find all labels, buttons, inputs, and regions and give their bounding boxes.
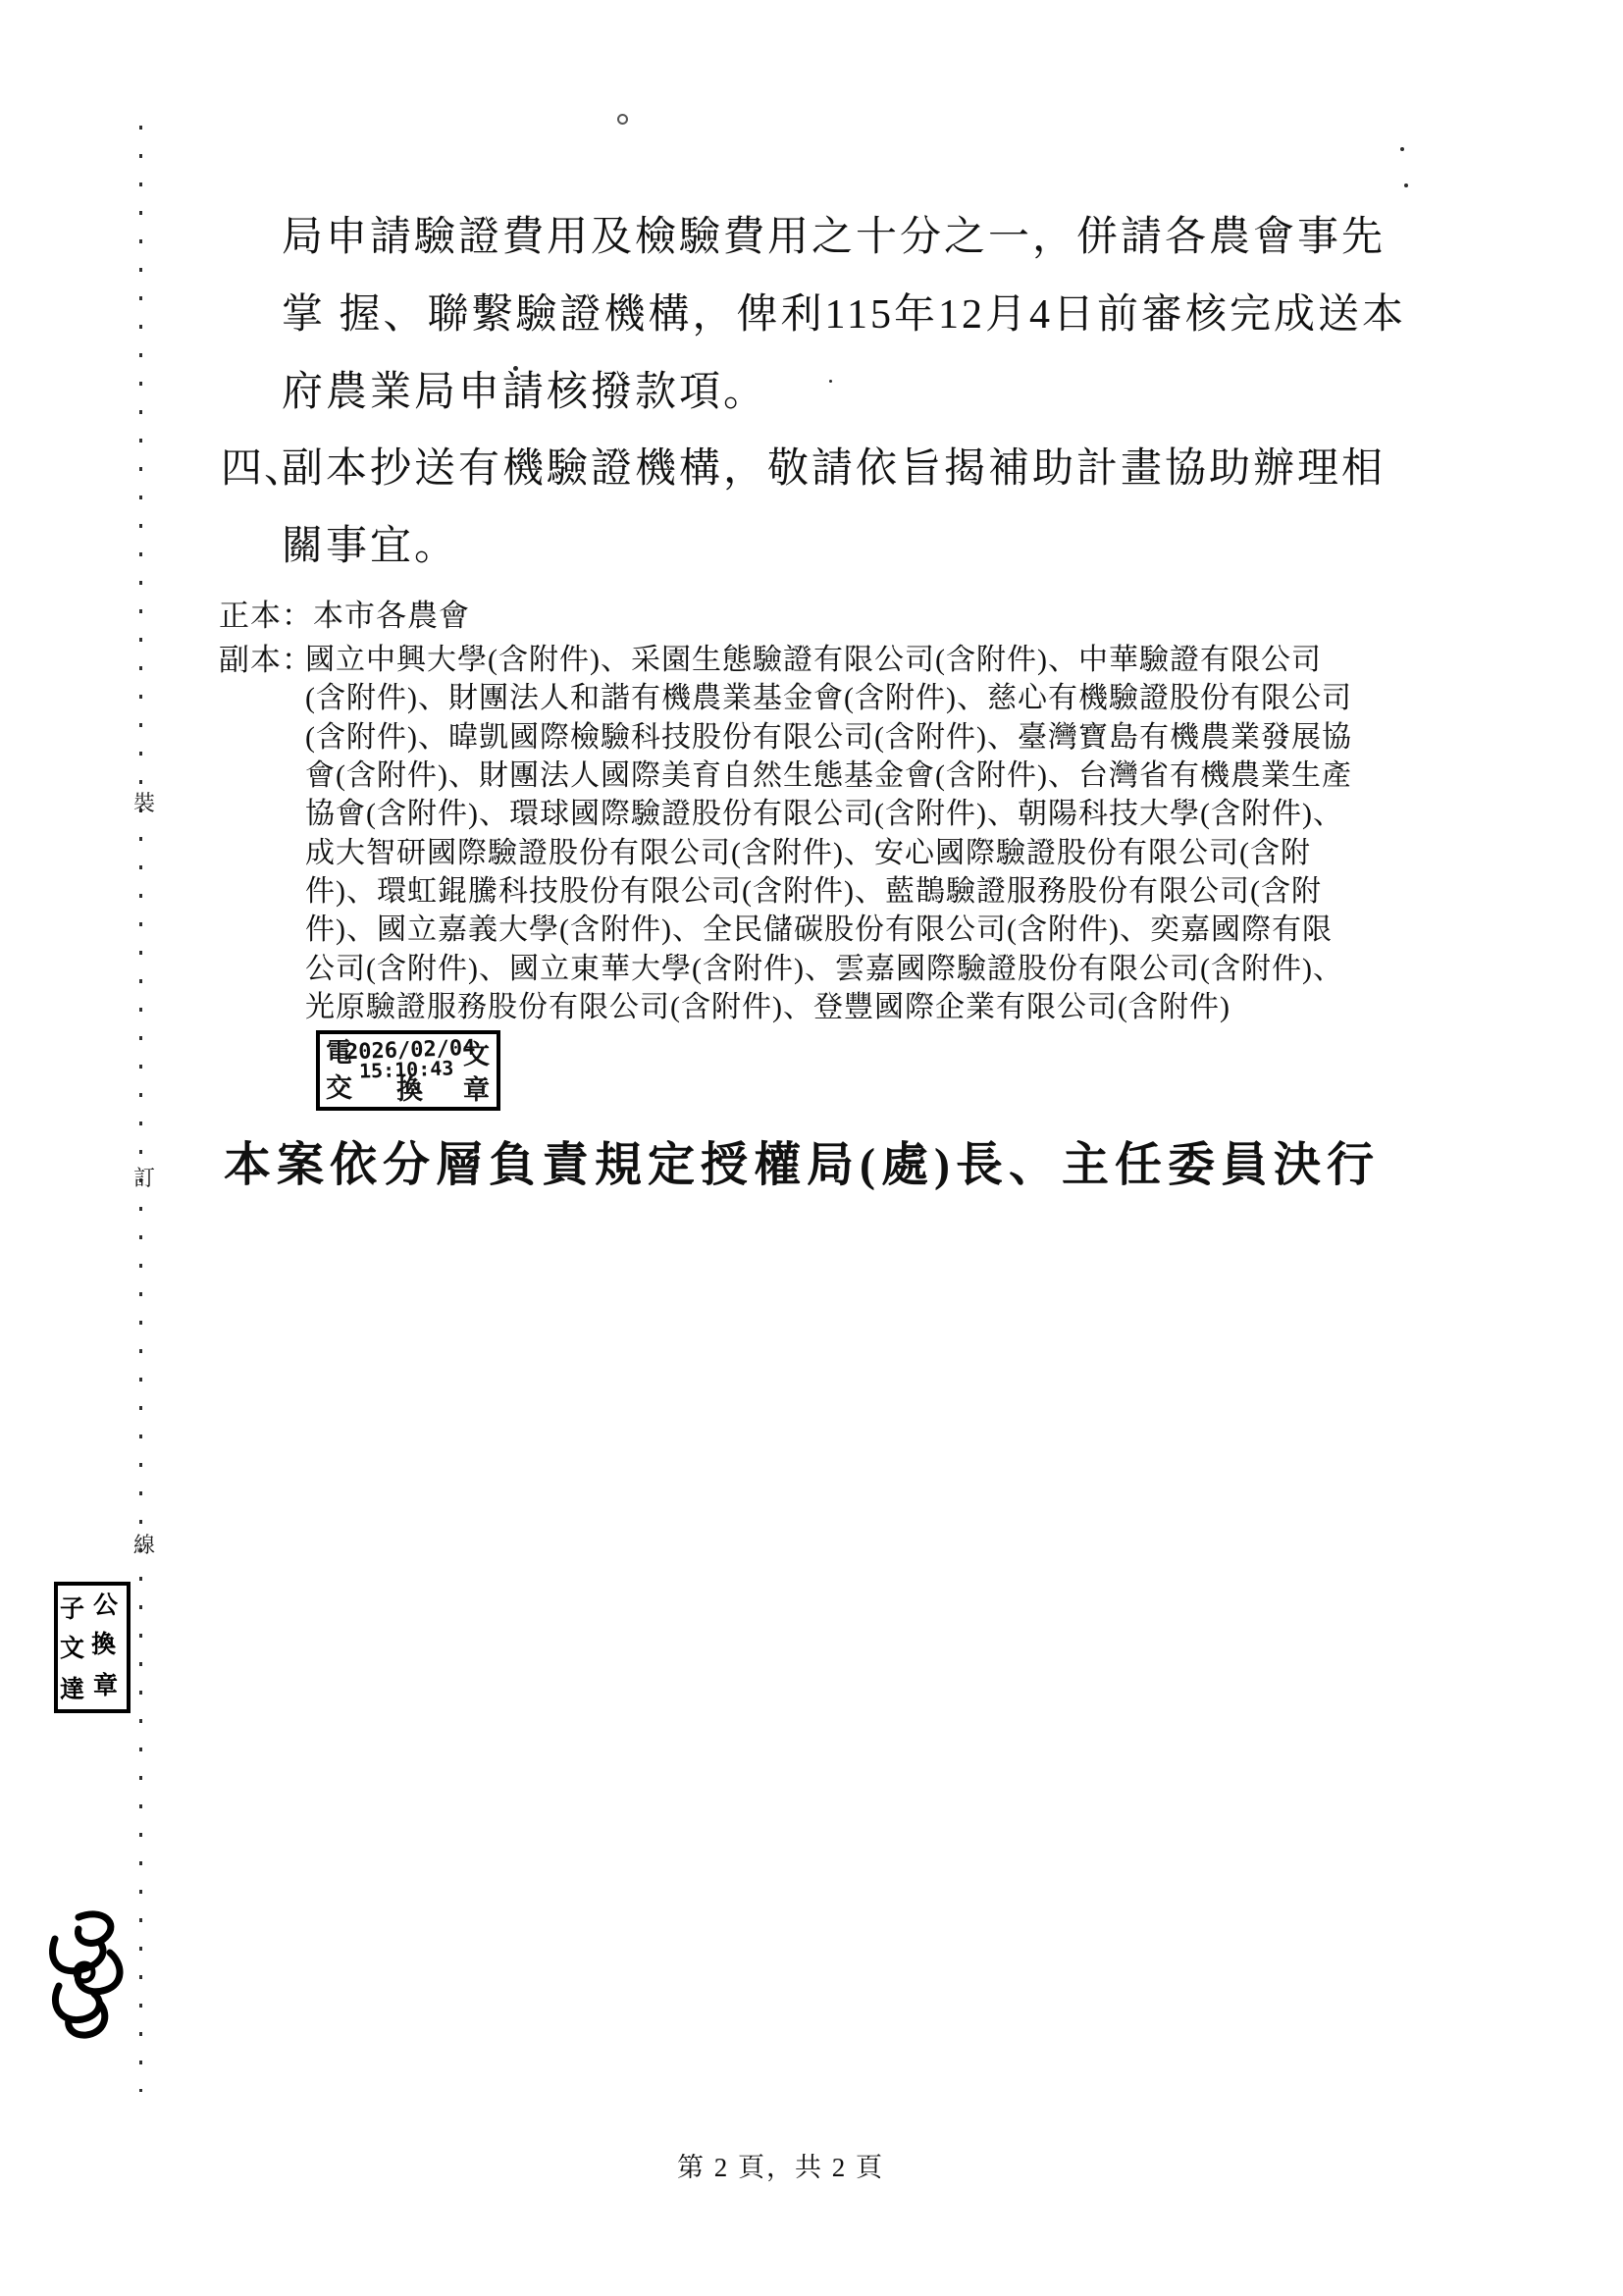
scan-artifact [513,366,518,371]
side-stamp-char-wen: 文 [60,1637,84,1661]
page-indicator: 第 2 頁，共 2 頁 [677,2155,884,2181]
document-page: 裝 訂 線 局申請驗證費用及檢驗費用之十分之一，併請各農會事先 掌 握、聯繫驗證… [0,0,1623,2296]
binding-char-zhuang: 裝 [133,793,155,814]
copy-line-4: 會(含附件)、財團法人國際美育自然生態基金會(含附件)、台灣省有機農業生產 [305,761,1352,791]
scan-artifact [1400,147,1404,151]
scan-artifact [829,380,832,383]
copy-line-8: 件)、國立嘉義大學(含附件)、全民儲碳股份有限公司(含附件)、奕嘉國際有限 [305,915,1333,945]
copy-line-2: (含附件)、財團法人和諧有機農業基金會(含附件)、慈心有機驗證股份有限公司 [305,684,1352,713]
binding-char-xian: 線 [133,1535,155,1556]
stamp-char-jiao: 交 [326,1075,352,1102]
copy-line-5: 協會(含附件)、環球國際驗證股份有限公司(含附件)、朝陽科技大學(含附件)、 [305,800,1343,829]
copy-line-6: 成大智研國際驗證股份有限公司(含附件)、安心國際驗證股份有限公司(含附 [305,839,1311,868]
authorization-line: 本案依分層負責規定授權局(處)長、主任委員決行 [224,1142,1380,1189]
binding-char-ding: 訂 [133,1168,155,1189]
binding-dotted-line [139,126,142,2092]
side-stamp-char-zhang: 章 [93,1674,118,1698]
side-exchange-stamp: 公 換 章 子 文 達 [54,1582,131,1713]
item4-line-2: 關事宜。 [282,526,458,567]
original-recipient-row: 正本：本市各農會 [219,600,470,631]
side-stamp-char-gong: 公 [93,1593,118,1618]
electronic-exchange-stamp: 電 文 交 換 章 2026/02/04 15:10:43 [316,1030,500,1111]
copy-line-10: 光原驗證服務股份有限公司(含附件)、登豐國際企業有限公司(含附件) [305,993,1230,1022]
scan-artifact [617,114,628,125]
stamp-char-zhang: 章 [463,1077,490,1104]
scan-artifact [1404,183,1408,187]
original-label: 正本： [219,599,313,633]
side-stamp-char-da: 達 [60,1678,84,1702]
body-line-3: 府農業局申請核撥款項。 [282,372,767,413]
body-line-2: 掌 握、聯繫驗證機構，俾利115年12月4日前審核完成送本 [282,294,1406,336]
body-line-1: 局申請驗證費用及檢驗費用之十分之一，併請各農會事先 [282,217,1386,258]
copy-line-9: 公司(含附件)、國立東華大學(含附件)、雲嘉國際驗證股份有限公司(含附件)、 [305,955,1343,984]
copy-label: 副本： [219,645,313,675]
copy-line-7: 件)、環虹錕騰科技股份有限公司(含附件)、藍鵲驗證服務股份有限公司(含附 [305,877,1322,907]
side-stamp-char-huan: 換 [91,1633,116,1657]
item4-line-1: 副本抄送有機驗證機構，敬請依旨揭補助計畫協助辦理相 [282,448,1386,490]
copy-line-3: (含附件)、暐凱國際檢驗科技股份有限公司(含附件)、臺灣寶島有機農業發展協 [305,723,1352,753]
original-value: 本市各農會 [313,599,470,633]
ornamental-seal-swirl [45,1909,130,2047]
side-stamp-char-zi: 子 [60,1597,84,1622]
copy-line-1: 國立中興大學(含附件)、采園生態驗證有限公司(含附件)、中華驗證有限公司 [305,646,1322,675]
stamp-time: 15:10:43 [359,1056,454,1082]
